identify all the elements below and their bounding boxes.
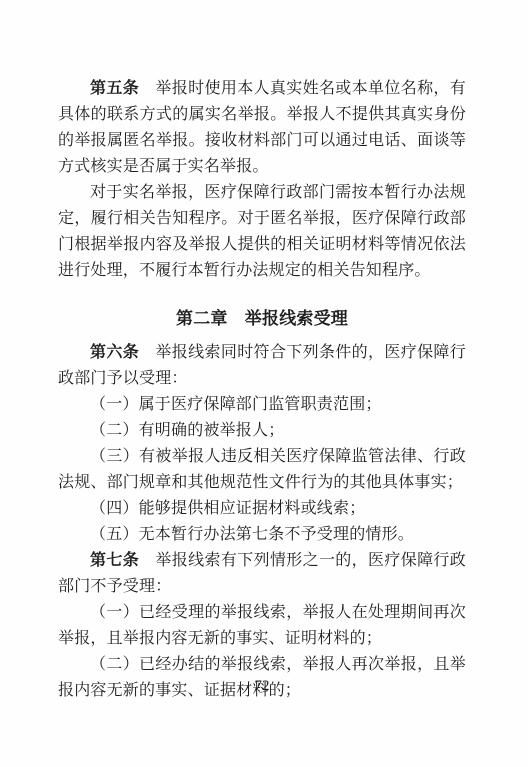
paragraph: （五）无本暂行办法第七条不予受理的情形。 [58, 522, 466, 548]
paragraph: （二）有明确的被举报人； [58, 418, 466, 444]
paragraph: （四）能够提供相应证据材料或线索； [58, 496, 466, 522]
document-page: 第五条 举报时使用本人真实姓名或本单位名称，有具体的联系方式的属实名举报。举报人… [0, 0, 528, 767]
paragraph: （一）属于医疗保障部门监管职责范围； [58, 392, 466, 418]
page-number: 72 [58, 678, 466, 695]
paragraph: （一）已经受理的举报线索，举报人在处理期间再次举报，且举报内容无新的事实、证明材… [58, 600, 466, 652]
document-body: 第五条 举报时使用本人真实姓名或本单位名称，有具体的联系方式的属实名举报。举报人… [58, 76, 466, 704]
chapter-heading: 第二章 举报线索受理 [58, 306, 466, 332]
paragraph: 对于实名举报，医疗保障行政部门需按本暂行办法规定，履行相关告知程序。对于匿名举报… [58, 180, 466, 284]
paragraph: 第五条 举报时使用本人真实姓名或本单位名称，有具体的联系方式的属实名举报。举报人… [58, 76, 466, 180]
paragraph: （三）有被举报人违反相关医疗保障监管法律、行政法规、部门规章和其他规范性文件行为… [58, 444, 466, 496]
article-number: 第六条 [90, 344, 155, 361]
article-number: 第七条 [90, 552, 155, 569]
article-number: 第五条 [90, 80, 155, 97]
paragraph: 第七条 举报线索有下列情形之一的，医疗保障行政部门不予受理： [58, 548, 466, 600]
paragraph: 第六条 举报线索同时符合下列条件的，医疗保障行政部门予以受理： [58, 340, 466, 392]
